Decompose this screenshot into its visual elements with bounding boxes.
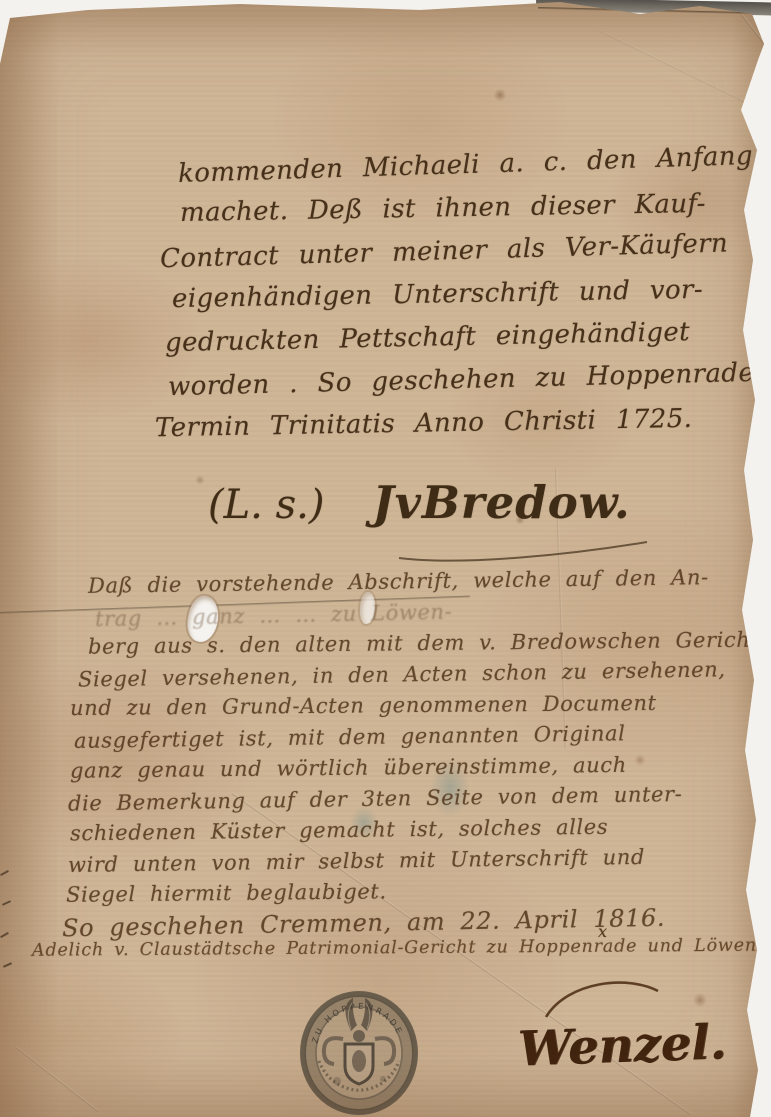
corner-fold-crease: [741, 14, 771, 61]
manuscript-line-date: So geschehen Cremmen, am 22. April 1816.: [62, 905, 771, 940]
manuscript-line: schiedenen Küster gemacht ist, solches a…: [70, 814, 771, 845]
court-subscription-line: Adelich v. Claustädtsche Patrimonial-Ger…: [32, 935, 771, 960]
manuscript-line: berg aus s. den alten mit dem v. Bredows…: [88, 628, 771, 657]
stitch-mark: [2, 900, 11, 906]
manuscript-line: Termin Trinitatis Anno Christi 1725.: [155, 405, 755, 442]
execution-line: (L. s.)JvBredow.: [208, 476, 631, 529]
locus-sigilli: (L. s.): [208, 482, 324, 528]
manuscript-line: machet. Deß ist ihnen dieser Kauf-: [180, 190, 755, 227]
signature-bredow: JvBredow.: [372, 476, 630, 529]
manuscript-line: ganz genau und wörtlich übereinstimme, a…: [70, 752, 771, 781]
helm-icon: [353, 1030, 365, 1042]
manuscript-line: Daß die vorstehende Abschrift, welche au…: [88, 565, 771, 597]
signature-wenzel: Wenzel.: [517, 1014, 727, 1077]
manuscript-line-faded: trag … ganz … … zu Löwen-: [95, 594, 771, 630]
contract-text-block-1725: kommenden Michaeli a. c. den Anfang mach…: [150, 152, 754, 453]
manuscript-line: worden . So geschehen zu Hoppenrade: [168, 360, 755, 401]
manuscript-line: kommenden Michaeli a. c. den Anfang: [178, 143, 755, 188]
seal-stamp: ZU HOPPENRADE: [299, 991, 419, 1117]
coat-of-arms-seal-icon: ZU HOPPENRADE: [299, 991, 419, 1117]
manuscript-line: Siegel hiermit beglaubiget.: [66, 876, 771, 905]
manuscript-line: wird unten von mir selbst mit Unterschri…: [68, 844, 771, 876]
manuscript-line: eigenhändigen Unterschrift und vor-: [172, 276, 755, 313]
manuscript-line: die Bemerkung auf der 3ten Seite von dem…: [68, 781, 771, 814]
crease: [600, 30, 771, 117]
signature-flourish: [540, 975, 675, 1020]
aged-paper-sheet: kommenden Michaeli a. c. den Anfang mach…: [0, 0, 771, 1117]
manuscript-line: ausgefertiget ist, mit dem genannten Ori…: [74, 720, 771, 752]
stitch-mark: [0, 932, 9, 938]
manuscript-line: gedruckten Pettschaft eingehändiget: [165, 318, 755, 357]
scanned-document-page: kommenden Michaeli a. c. den Anfang mach…: [0, 0, 771, 1117]
attestation-text-block-1816: Daß die vorstehende Abschrift, welche au…: [60, 570, 771, 942]
manuscript-line: Contract unter meiner als Ver-Käufern: [160, 230, 755, 274]
manuscript-line: Siegel versehenen, in den Acten schon zu…: [78, 657, 771, 690]
annotation-mark: x: [598, 922, 607, 941]
signature-flourish: [395, 540, 655, 564]
stitch-mark: [3, 962, 12, 967]
crease: [15, 1046, 98, 1112]
manuscript-line: und zu den Grund-Acten genommenen Docume…: [70, 691, 771, 719]
stitch-mark: [0, 870, 9, 876]
